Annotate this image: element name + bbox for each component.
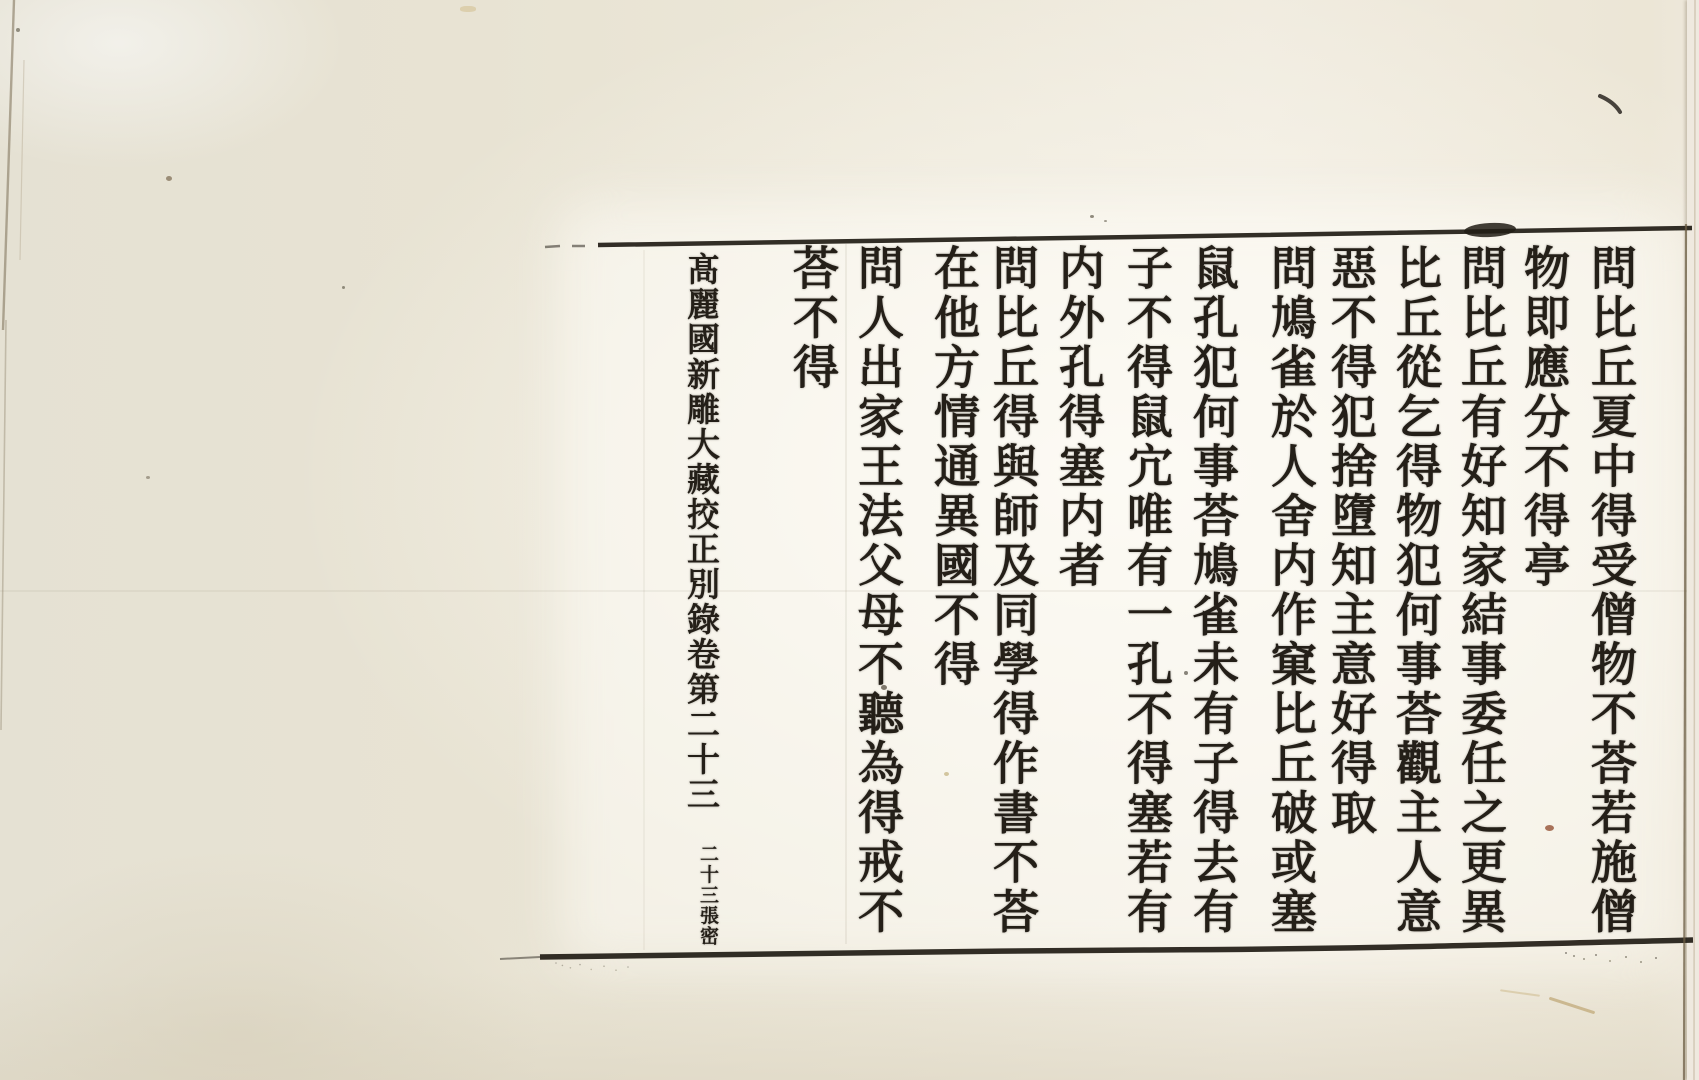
text-column-6: 問鳩雀於人舍内作窠比丘破或塞 bbox=[1273, 244, 1323, 937]
paper-stain bbox=[16, 28, 20, 32]
paper-stain bbox=[342, 286, 345, 289]
text-column-9: 内外孔得塞内者 bbox=[1061, 244, 1111, 591]
text-column-5: 惡不得犯捨墮知主意好得取 bbox=[1333, 244, 1383, 838]
paper-stain bbox=[1184, 671, 1188, 675]
text-column-2: 物即應分不得亭 bbox=[1526, 244, 1576, 591]
ink-spray bbox=[555, 962, 557, 964]
text-column-1: 問比丘夏中得受僧物不荅若施僧 bbox=[1593, 244, 1643, 937]
text-column-8: 子不得鼠宂唯有一孔不得塞若有 bbox=[1129, 244, 1179, 937]
tan-smudge bbox=[460, 6, 476, 12]
text-column-12: 問人出家王法父母不聽為得戒不 bbox=[860, 244, 910, 937]
title-column: 髙麗國新雕大藏挍正別錄卷第二十三 bbox=[688, 252, 724, 812]
paper-stain bbox=[1090, 215, 1094, 218]
text-column-11: 在他方情通異國不得 bbox=[936, 244, 986, 690]
paper-stain bbox=[166, 176, 172, 181]
text-column-7: 鼠孔犯何事荅鳩雀未有子得去有 bbox=[1195, 244, 1245, 937]
text-column-4: 比丘從乞得物犯何事荅觀主人意 bbox=[1398, 244, 1448, 937]
printed-text-block: 問比丘夏中得受僧物不荅若施僧 物即應分不得亭 問比丘有好知家結事委任之更異 比丘… bbox=[0, 0, 1699, 1080]
text-column-3: 問比丘有好知家結事委任之更異 bbox=[1463, 244, 1513, 937]
paper-stain bbox=[1104, 220, 1107, 222]
ink-spray bbox=[1565, 952, 1567, 954]
red-stain bbox=[1545, 825, 1554, 831]
text-column-10: 問比丘得與師及同學得作書不荅 bbox=[995, 244, 1045, 937]
paper-stain bbox=[146, 476, 150, 479]
yellow-fleck bbox=[944, 772, 949, 776]
scanned-sutra-page: 問比丘夏中得受僧物不荅若施僧 物即應分不得亭 問比丘有好知家結事委任之更異 比丘… bbox=[0, 0, 1699, 1080]
sheet-number-note: 二十三張密 bbox=[699, 844, 721, 947]
paper-stain bbox=[881, 685, 887, 690]
text-column-13: 荅不得 bbox=[795, 244, 845, 393]
